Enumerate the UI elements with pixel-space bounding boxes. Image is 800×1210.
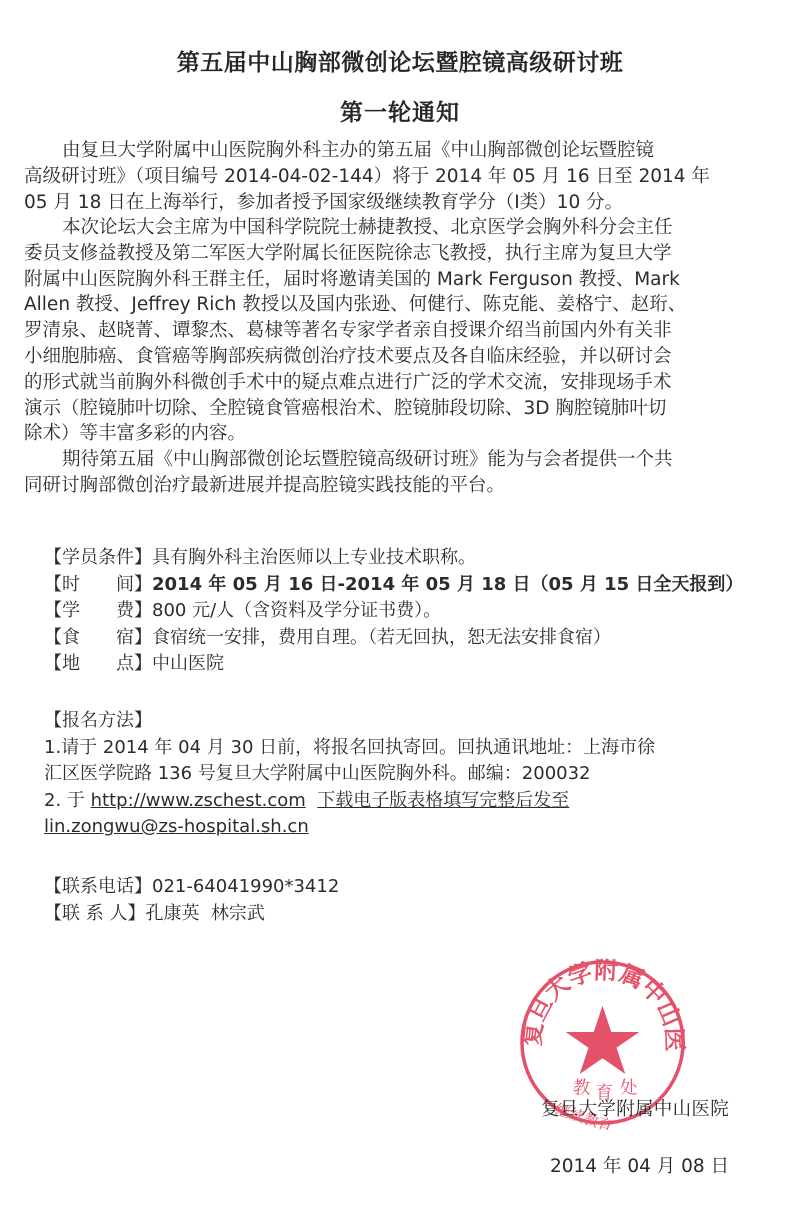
info-value: 800 元/人（含资料及学分证书费）。	[152, 598, 441, 625]
paragraph-line: 委员支修益教授及第二军医大学附属长征医院徐志飞教授，执行主席为复旦大学	[24, 241, 776, 267]
signature-org: 复旦大学附属中山医院	[541, 1095, 729, 1121]
paragraph-line: 的形式就当前胸外科微创手术中的疑点难点进行广泛的学术交流，安排现场手术	[24, 370, 776, 396]
phone-label: 【联系电话】	[44, 874, 152, 901]
info-list: 【学员条件】 具有胸外科主治医师以上专业技术职称。 【时 间】 2014 年 0…	[44, 545, 743, 678]
signature-date: 2014 年 04 月 08 日	[550, 1152, 729, 1178]
notice-page: 第五届中山胸部微创论坛暨腔镜高级研讨班 第一轮通知 由复旦大学附属中山医院胸外科…	[0, 0, 800, 1210]
paragraph-line: 同研讨胸部微创治疗最新进展并提高腔镜实践技能的平台。	[24, 473, 776, 499]
step-2-text: 下载电子版表格填写完整后发至	[317, 790, 569, 811]
registration-section: 【报名方法】 1.请于 2014 年 04 月 30 日前，将报名回执寄回。回执…	[44, 708, 655, 841]
info-value: 中山医院	[152, 651, 224, 678]
paragraph-line: 由复旦大学附属中山医院胸外科主办的第五届《中山胸部微创论坛暨腔镜	[24, 138, 776, 164]
info-value: 具有胸外科主治医师以上专业技术职称。	[152, 545, 476, 572]
info-row-fee: 【学 费】 800 元/人（含资料及学分证书费）。	[44, 598, 743, 625]
speakers-paragraph: 本次论坛大会主席为中国科学院院士赫捷教授、北京医学会胸外科分会主任 委员支修益教…	[24, 215, 776, 447]
info-label: 【时 间】	[44, 572, 152, 599]
info-label: 【食 宿】	[44, 625, 152, 652]
document-subtitle: 第一轮通知	[0, 94, 800, 127]
info-row-accommodation: 【食 宿】 食宿统一安排，费用自理。（若无回执，恕无法安排食宿）	[44, 625, 743, 652]
info-label: 【学 费】	[44, 598, 152, 625]
info-value: 食宿统一安排，费用自理。（若无回执，恕无法安排食宿）	[152, 625, 611, 652]
info-label: 【学员条件】	[44, 545, 152, 572]
step-2-prefix: 2. 于	[44, 790, 91, 811]
document-title: 第五届中山胸部微创论坛暨腔镜高级研讨班	[0, 44, 800, 77]
info-value: 2014 年 05 月 16 日-2014 年 05 月 18 日（05 月 1…	[152, 572, 743, 599]
contact-phone-row: 【联系电话】 021-64041990*3412	[44, 874, 339, 901]
paragraph-line: 演示（腔镜肺叶切除、全腔镜食管癌根治术、腔镜肺段切除、3D 胸腔镜肺叶切	[24, 396, 776, 422]
contact-person-row: 【联 系 人】 孔康英 林宗武	[44, 901, 339, 928]
registration-step-1-cont: 汇区医学院路 136 号复旦大学附属中山医院胸外科。邮编：200032	[44, 761, 655, 788]
person-value: 孔康英 林宗武	[145, 901, 264, 928]
email-link[interactable]: lin.zongwu@zs-hospital.sh.cn	[44, 816, 309, 837]
paragraph-line: 罗清泉、赵晓菁、谭黎杰、葛棣等著名专家学者亲自授课介绍当前国内外有关非	[24, 318, 776, 344]
info-label: 【地 点】	[44, 651, 152, 678]
registration-step-2: 2. 于 http://www.zschest.com 下载电子版表格填写完整后…	[44, 788, 655, 815]
paragraph-line: 期待第五届《中山胸部微创论坛暨腔镜高级研讨班》能为与会者提供一个共	[24, 447, 776, 473]
registration-heading: 【报名方法】	[44, 708, 655, 735]
contact-section: 【联系电话】 021-64041990*3412 【联 系 人】 孔康英 林宗武	[44, 874, 339, 927]
paragraph-line: 本次论坛大会主席为中国科学院院士赫捷教授、北京医学会胸外科分会主任	[24, 215, 776, 241]
closing-paragraph: 期待第五届《中山胸部微创论坛暨腔镜高级研讨班》能为与会者提供一个共 同研讨胸部微…	[24, 447, 776, 499]
phone-value: 021-64041990*3412	[152, 874, 339, 901]
info-row-location: 【地 点】 中山医院	[44, 651, 743, 678]
registration-email-line: lin.zongwu@zs-hospital.sh.cn	[44, 814, 655, 841]
registration-step-1: 1.请于 2014 年 04 月 30 日前，将报名回执寄回。回执通讯地址：上海…	[44, 735, 655, 762]
paragraph-line: 小细胞肺癌、食管癌等胸部疾病微创治疗技术要点及各自临床经验，并以研讨会	[24, 344, 776, 370]
info-row-time: 【时 间】 2014 年 05 月 16 日-2014 年 05 月 18 日（…	[44, 572, 743, 599]
person-label: 【联 系 人】	[44, 901, 145, 928]
info-row-eligibility: 【学员条件】 具有胸外科主治医师以上专业技术职称。	[44, 545, 743, 572]
paragraph-line: 除术）等丰富多彩的内容。	[24, 421, 776, 447]
paragraph-line: 高级研讨班》（项目编号 2014-04-02-144）将于 2014 年 05 …	[24, 164, 776, 190]
paragraph-line: 05 月 18 日在上海举行，参加者授予国家级继续教育学分（I类）10 分。	[24, 190, 776, 216]
intro-paragraph: 由复旦大学附属中山医院胸外科主办的第五届《中山胸部微创论坛暨腔镜 高级研讨班》（…	[24, 138, 776, 215]
paragraph-line: Allen 教授、Jeffrey Rich 教授以及国内张逊、何健行、陈克能、姜…	[24, 292, 776, 318]
paragraph-line: 附属中山医院胸外科王群主任，届时将邀请美国的 Mark Ferguson 教授、…	[24, 267, 776, 293]
website-link[interactable]: http://www.zschest.com	[91, 790, 306, 811]
